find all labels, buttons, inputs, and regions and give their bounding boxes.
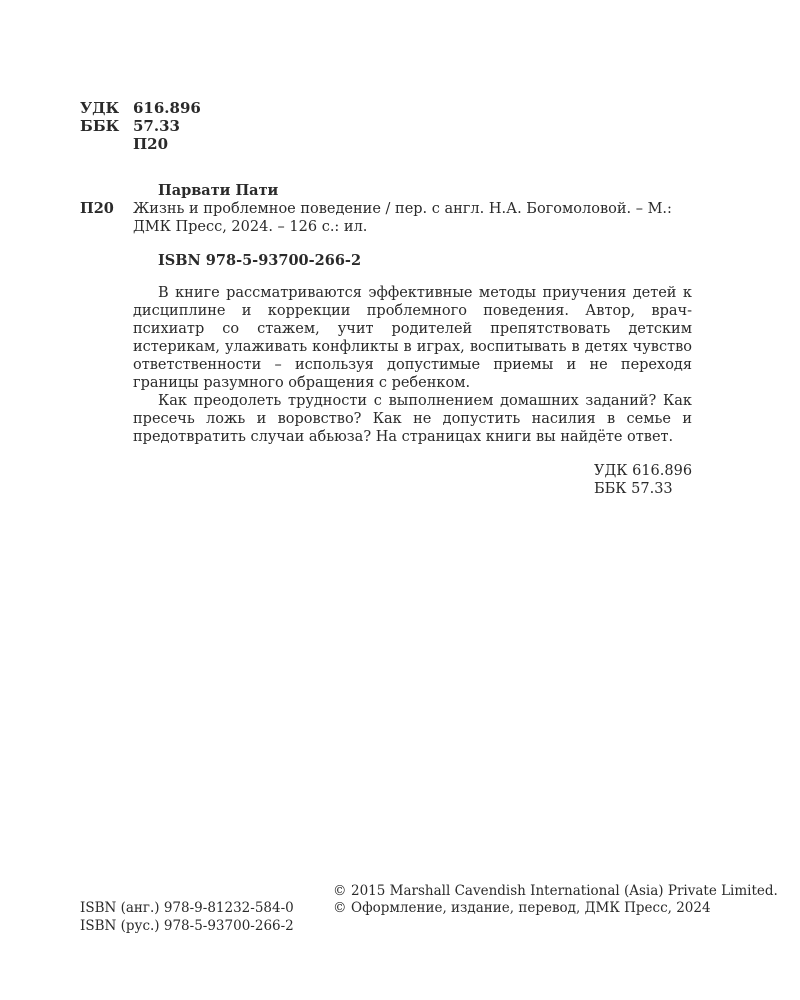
- udk-row: УДК616.896: [80, 99, 201, 117]
- author-code-row: П20: [80, 135, 201, 153]
- classification-right: УДК 616.896 ББК 57.33: [594, 462, 692, 498]
- bbk-value: 57.33: [133, 117, 180, 135]
- classification-block: УДК616.896 ББК57.33 П20: [80, 99, 201, 153]
- isbn-main: ISBN 978-5-93700-266-2: [158, 252, 361, 270]
- copyright-block: ©2015 Marshall Cavendish International (…: [333, 883, 778, 916]
- author-code: П20: [133, 135, 168, 153]
- copyright-translation: ©Оформление, издание, перевод, ДМК Пресс…: [333, 900, 778, 917]
- copyright-icon: ©: [333, 900, 351, 917]
- copyright-text: 2015 Marshall Cavendish International (A…: [351, 883, 778, 899]
- isbn-original: ISBN (анг.) 978-9-81232-584-0: [80, 899, 294, 917]
- author-name: Парвати Пати: [158, 182, 278, 200]
- copyright-text: Оформление, издание, перевод, ДМК Пресс,…: [351, 900, 711, 916]
- bib-author-code: П20: [80, 200, 114, 218]
- copyright-original: ©2015 Marshall Cavendish International (…: [333, 883, 778, 900]
- udk-label: УДК: [80, 99, 133, 117]
- udk-value: 616.896: [133, 99, 201, 117]
- bbk-label: ББК: [80, 117, 133, 135]
- annotation-paragraph: Как преодолеть трудности с выполнением д…: [133, 392, 692, 446]
- annotation-paragraph: В книге рассматриваются эффективные мето…: [133, 284, 692, 392]
- bibliographic-description: Жизнь и проблемное поведение / пер. с ан…: [133, 200, 698, 236]
- bbk-row: ББК57.33: [80, 117, 201, 135]
- isbn-list: ISBN (анг.) 978-9-81232-584-0 ISBN (рус.…: [80, 899, 294, 935]
- copyright-icon: ©: [333, 883, 351, 900]
- udk-right-line: УДК 616.896: [594, 462, 692, 480]
- annotation: В книге рассматриваются эффективные мето…: [133, 284, 692, 446]
- isbn-russian: ISBN (рус.) 978-5-93700-266-2: [80, 917, 294, 935]
- bbk-right-line: ББК 57.33: [594, 480, 692, 498]
